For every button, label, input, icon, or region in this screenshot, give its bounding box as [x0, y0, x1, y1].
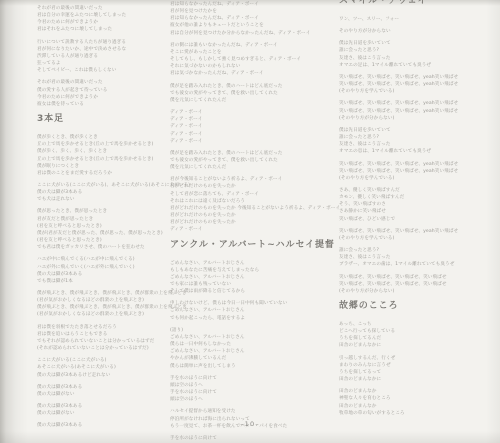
lyric-line: 僕が歩く、歩く、歩く、歩くとき — [37, 148, 179, 155]
lyric-line: (君が気がおかしくなるほどの群衆の上を飛ぶとき) — [37, 311, 179, 318]
lyric-line: ここに犬がいる(ここに犬がいる)、あそこに犬がいる(あそこに犬がいる) — [37, 182, 179, 189]
lyric-stanza: ディア・ボーイディア・ボーイディア・ボーイディア・ボーイディア・ボーイ — [170, 109, 338, 145]
lyric-line: そしてベイビー、これは僕らしくない — [37, 67, 179, 74]
lyric-stanza: 僕が思ったとき、僕が思ったとき君が友だと僕が思ったとき(君を友と呼べると思ったと… — [37, 208, 179, 251]
lyric-line: 君が今後知ることがないよう祈るよ、ディア・ボーイ — [170, 176, 338, 183]
lyric-line: 君は僕を羽根でたたき落とせるだろう — [37, 324, 179, 331]
lyric-line: でも犬は走れない — [37, 196, 179, 203]
lyric-line: (君を友と呼べると思ったとき) — [37, 237, 179, 244]
lyric-line: でも家には誰も残っていない — [170, 281, 338, 288]
lyric-stanza: 僕が足を踏み入れたとき、僕のハートはどん底だったでも彼女の愛がやってきて、僕を救… — [170, 83, 338, 104]
lyric-line: 友達さ、彼はこう言った — [339, 254, 499, 261]
lyric-stanza: 君が今後知ることがないよう祈るよ、ディア・ボーイ君がどれだけのものを失ったかそし… — [170, 176, 338, 233]
lyric-line: 君は僕を追いはらうこともできる — [37, 331, 179, 338]
lyric-line: でもそれが認められていないことは分かっているはずだ — [37, 338, 179, 345]
lyric-line: 君が友だと僕が思ったとき — [37, 216, 179, 223]
lyrics-column-middle: 君は知らなかったんだね、ディア・ボーイ君が何を見つけたかを君は知らなかったんだね… — [170, 1, 338, 443]
lyric-line: 僕の犬は脚が3本ある — [37, 384, 179, 391]
lyric-line: ディア・ボーイ — [170, 131, 338, 138]
lyric-line: (そのやり方を学んでいる) — [339, 88, 499, 95]
lyric-line: 僕らは一日中何もしなかった — [170, 341, 338, 348]
lyric-line: 彼女が他の誰よりもキュートだということを — [170, 22, 338, 29]
lyric-line: どこへ行っても探している — [339, 328, 499, 335]
lyric-line: 僕を元気にしてくれたんだ — [170, 97, 338, 104]
lyric-line: 神聖な人々を育むところ — [339, 395, 499, 402]
lyric-line: 笑い飛ばせ、笑い飛ばせ、笑い飛ばせ、yeah笑い飛ばせ — [339, 74, 499, 81]
lyric-stanza: 申しわけないけど、僕らは今日一日中何も聞いていないごめんなさい、アルバートおじさ… — [170, 300, 338, 321]
lyric-line: あそこに犬がいる(あそこに犬がいる) — [37, 364, 179, 371]
lyric-line: ディア・ボーイ — [170, 226, 338, 233]
lyric-line: それに気づかないのかもしれない — [170, 63, 338, 70]
lyric-stanza: それが君の最後の間違いだった僕の愛する人が起きて待っている今君のために何ができよ… — [37, 79, 179, 108]
lyric-line: ここに犬がいる(ここに犬がいる) — [37, 357, 179, 364]
lyric-line: ハエが外に飛んでいく(ハエが外に飛んでいく) — [37, 264, 179, 271]
lyric-line: 僕が飛ぶとき、僕が飛ぶとき、僕が飛ぶとき、僕が群衆の上を飛ぶとき — [37, 304, 179, 311]
lyric-stanza: 君の側には誰もいなかったんだね、ディア・ボーイそこに愛があったことをそしてもし、… — [170, 42, 338, 78]
lyric-line: 笑い飛ばせ、ひどい感じで — [339, 216, 499, 223]
lyric-stanza: 笑い飛ばせ、笑い飛ばせ、笑い飛ばせ、yeah笑い飛ばせ(そのやり方を学んでいる) — [339, 228, 499, 242]
lyric-line: 僕らは簡単に声を出してしまう — [170, 363, 338, 370]
lyric-line: 手を水のほうに向けて — [170, 389, 338, 396]
lyric-line: ごめんなさい、アルバートおじさん — [170, 307, 338, 314]
lyric-line: 手を水のほうに向けて — [170, 435, 338, 442]
lyric-stanza: 行いについて説教する人たちが通り過ぎる君が何になりたいか、途中で決めさせるな渋滞… — [37, 39, 179, 75]
lyric-line: 君は自分の幸運をふたつに壊してしまった — [37, 12, 179, 19]
lyric-line: (そのやり方を学んでいる) — [339, 175, 499, 182]
lyrics-column-right: スマイル・アウェイワン、ツー、スリー、フォーそのやり方が分からない僕は先日道を歩… — [339, 0, 499, 422]
lyric-line: 誰に会ったと思う? — [339, 247, 499, 254]
lyric-stanza: 君は知らなかったんだね、ディア・ボーイ君が何を見つけたかを君は知らなかったんだね… — [170, 1, 338, 37]
lyric-line: (語り) — [170, 327, 338, 334]
lyric-line: 君は自分が何を見つけたか分からなかったんだね、ディア・ボーイ — [170, 30, 338, 37]
lyric-stanza: 僕が足を踏み入れたとき、僕のハートはどん底だったでも彼女の愛がやってきて、僕を救… — [170, 150, 338, 171]
lyric-line: もしもあなたに苦痛を与えてしまったなら — [170, 267, 338, 274]
lyric-stanza: 僕は先日道を歩いていて誰に会ったと思う?友達さ、彼はこう言ったオマエの息は、1マ… — [339, 127, 499, 156]
lyric-line: でも君は僕をガッカリさせ、僕のハートを狂わせた — [37, 244, 179, 251]
lyric-stanza: 手を水のほうに向けて頭は空のほうへ手を水のほうに向けて頭は空のほうへ — [170, 375, 338, 404]
lyric-line: 僕が思ったとき、僕が思ったとき — [37, 208, 179, 215]
lyric-stanza: ワン、ツー、スリー、フォー — [339, 16, 499, 23]
lyric-line: それが君の最後の間違いだった — [37, 5, 179, 12]
lyric-line: ハエが中に飛んでくる(ハエが中に飛んでくる) — [37, 256, 179, 263]
lyric-line: (そのやり方が分からない) — [339, 115, 499, 122]
lyric-line: 笑い飛ばせ、笑い飛ばせ、笑い飛ばせ、yeah笑い飛ばせ — [339, 228, 499, 235]
lyric-line: 誰に会ったと思う? — [339, 47, 499, 54]
lyric-line: ごめんなさい、アルバートおじさん — [170, 274, 338, 281]
lyric-line: さあ静かに笑い飛ばせ — [339, 208, 499, 215]
lyric-stanza: 僕が歩くとき、僕が歩くとき丘の上で馬を歩かせるとき(丘の上で馬を歩かせるとき)僕… — [37, 134, 179, 177]
lyric-line: 丘の上で馬を歩かせるとき(丘の上で馬を歩かせるとき) — [37, 156, 179, 163]
lyric-line: そして君が恋に落ちても、ディア・ボーイ — [170, 191, 338, 198]
lyric-line: (そのやり方が分からない) — [339, 288, 499, 295]
song-title: アンクル・アルバート~ハルセイ提督 — [170, 240, 338, 251]
lyric-line: そして僕は雨が降ると信じてるから — [170, 288, 338, 295]
lyric-line: 田舎のどまんなか — [339, 403, 499, 410]
lyric-line: 僕の愛する人が起きて待っている — [37, 87, 179, 94]
lyric-line: 僕が足を踏み入れたとき、僕のハートはどん底だった — [170, 83, 338, 90]
lyric-line: 田舎のどまんなかに — [339, 342, 499, 349]
lyric-line: 僕が歩くとき、僕が歩くとき — [37, 134, 179, 141]
lyric-line: でも何か起こったら、電話をするよ — [170, 315, 338, 322]
lyric-line: 申しわけないけど、僕らは今日一日中何も聞いていない — [170, 300, 338, 307]
lyric-line: そう、笑い飛ばすのさ — [339, 201, 499, 208]
lyric-line: オマエの息は、1マイル離れていても臭うぜ — [339, 148, 499, 155]
lyric-stanza: 笑い飛ばせ、笑い飛ばせ、笑い飛ばせ、笑い飛ばせ笑い飛ばせ、笑い飛ばせ、笑い飛ばせ… — [339, 274, 499, 295]
lyric-line: 僕の犬は脚がない — [37, 410, 179, 417]
lyric-line: オマエの足は、1マイル離れていても臭うぜ — [339, 62, 499, 69]
lyric-line: 今君のために何ができようか — [37, 19, 179, 26]
lyric-line: 笑い飛ばせ、笑い飛ばせ、笑い飛ばせ、yeah笑い飛ばせ — [339, 100, 499, 107]
lyric-line: ディア・ボーイ — [170, 123, 338, 130]
lyric-line: カモン、優しく笑い飛ばすんだ — [339, 194, 499, 201]
lyrics-column-left: それが君の最後の間違いだった君は自分の幸運をふたつに壊してしまった今君のために何… — [37, 5, 179, 435]
lyric-line: 友達さ、彼はこう言った — [339, 141, 499, 148]
lyric-stanza: 僕の犬は脚が3本ある僕の犬は脚がない — [37, 403, 179, 417]
lyric-line: 君は知らなかったんだね、ディア・ボーイ — [170, 15, 338, 22]
lyric-line: 丘の上で馬を歩かせるとき(丘の上で馬を歩かせるとき) — [37, 141, 179, 148]
lyric-line: 笑い飛ばせ、笑い飛ばせ、笑い飛ばせ、yeah笑い飛ばせ — [339, 161, 499, 168]
lyric-line: それはこれには遠く及ばないだろう — [170, 198, 338, 205]
lyric-stanza: 笑い飛ばせ、笑い飛ばせ、笑い飛ばせ、yeah笑い飛ばせ笑い飛ばせ、笑い飛ばせ、笑… — [339, 161, 499, 182]
lyric-line: 君が何を見つけたかを — [170, 8, 338, 15]
lyric-line: ごめんなさい、アルバートおじさん — [170, 260, 338, 267]
lyric-line: ディア・ボーイ — [170, 138, 338, 145]
lyric-line: 笑い飛ばせ、笑い飛ばせ、笑い飛ばせ、笑い飛ばせ — [339, 281, 499, 288]
lyric-line: 笑い飛ばせ、笑い飛ばせ、笑い飛ばせ、笑い飛ばせ — [339, 274, 499, 281]
scanned-lyrics-page: それが君の最後の間違いだった君は自分の幸運をふたつに壊してしまった今君のために何… — [0, 0, 500, 443]
lyric-stanza: 田舎のどまんなか神聖な人々を育むところ田舎のどまんなか牧草地の草の匂いがするとこ… — [339, 388, 499, 417]
lyric-stanza: 僕が飛ぶとき、僕が飛ぶとき、僕が飛ぶとき、僕が群衆の上を飛ぶとき(君が気がおかし… — [37, 290, 179, 319]
lyric-stanza: そのやり方が分からない — [339, 28, 499, 35]
lyric-line: うちを探してるんだ — [339, 335, 499, 342]
lyric-line: うちを探してるって — [339, 369, 499, 376]
lyric-line: 僕の犬は脚が3本ある — [37, 403, 179, 410]
lyric-line: 僕は先日道を歩いていて — [339, 40, 499, 47]
lyric-line: 君がどれだけのものを失ったか — [170, 219, 338, 226]
lyric-line: ごめんなさい、アルバートおじさん — [170, 334, 338, 341]
lyric-stanza: ハエが中に飛んでくる(ハエが中に飛んでくる)ハエが外に飛んでいく(ハエが外に飛ん… — [37, 256, 179, 285]
lyric-line: ブラザー、オマエの歯は、1マイル離れていても臭うぜ — [339, 261, 499, 268]
lyric-line: 手を水のほうに向けて — [170, 375, 338, 382]
lyric-line: 君はそれをふたつに壊してしまった — [37, 26, 179, 33]
lyric-line: 僕の犬は脚が3本あるけど走れない — [37, 372, 179, 379]
lyric-stanza: ここに犬がいる(ここに犬がいる)あそこに犬がいる(あそこに犬がいる)僕の犬は脚が… — [37, 357, 179, 378]
lyric-stanza: 手を水のほうに向けて — [170, 435, 338, 442]
lyric-line: でも僕は脚が1本 — [37, 278, 179, 285]
lyric-stanza: ごめんなさい、アルバートおじさんもしもあなたに苦痛を与えてしまったならごめんなさ… — [170, 260, 338, 296]
lyric-stanza: 僕の犬は脚が3本ある僕の犬は脚がない — [37, 384, 179, 398]
lyric-line: 君は僕のことをまだ愛するだろうか — [37, 170, 179, 177]
lyric-line: 牧草地の草の匂いがするところ — [339, 410, 499, 417]
lyric-line: 君がどれだけのものを失ったか — [170, 212, 338, 219]
lyric-line: まわりのみんなに言うぜ — [339, 362, 499, 369]
lyric-line: 僕が眠りにつくとき — [37, 163, 179, 170]
lyric-line: 渋滞している人が通り過ぎる — [37, 53, 179, 60]
lyric-line: ディア・ボーイ — [170, 109, 338, 116]
page-number: –10– — [0, 420, 500, 428]
lyric-line: (それが認められていないことは分かっているはずだ) — [37, 345, 179, 352]
lyric-line: そしてもし、もしかして強く見つめすぎると、ディア・ボーイ — [170, 56, 338, 63]
lyric-line: そこに愛があったことを — [170, 49, 338, 56]
lyric-line: 君がどれだけのものを失ったか 今後知ることがないよう祈るよ、ディア・ボーイ — [170, 205, 338, 212]
lyric-line: そのやり方が分からない — [339, 28, 499, 35]
lyric-line: 僕を元気にしてくれたんだ — [170, 164, 338, 171]
lyric-line: それが君の最後の間違いだった — [37, 79, 179, 86]
lyric-line: 君は知らなかったんだね、ディア・ボーイ — [170, 1, 338, 8]
lyric-stanza: それが君の最後の間違いだった君は自分の幸運をふたつに壊してしまった今君のために何… — [37, 5, 179, 34]
lyric-stanza: 僕は先日道を歩いていて誰に会ったと思う?友達さ、彼はこう言ったオマエの足は、1マ… — [339, 40, 499, 69]
lyric-stanza: 笑い飛ばせ、笑い飛ばせ、笑い飛ばせ、yeah笑い飛ばせ笑い飛ばせ、笑い飛ばせ、笑… — [339, 100, 499, 121]
lyric-line: 君は気づかなかったんだね、ディア・ボーイ — [170, 70, 338, 77]
lyric-line: 笑い飛ばせ、笑い飛ばせ、笑い飛ばせ、yeah笑い飛ばせ — [339, 108, 499, 115]
lyric-line: 笑い飛ばせ、笑い飛ばせ、笑い飛ばせ、yeah笑い飛ばせ — [339, 81, 499, 88]
lyric-line: 君が何になりたいか、途中で決めさせるな — [37, 46, 179, 53]
lyric-line: 僕の犬は脚が3本ある — [37, 189, 179, 196]
lyric-line: 友達さ、彼はこう言った — [339, 55, 499, 62]
song-title: スマイル・アウェイ — [339, 0, 499, 7]
lyric-line: ディア・ボーイ — [170, 116, 338, 123]
lyric-line: でも彼女の愛がやってきて、僕を救い出してくれた — [170, 157, 338, 164]
lyric-line: 僕が足を踏み入れたとき、僕のハートはどん底だった — [170, 150, 338, 157]
lyric-line: (そのやり方を学んでいる) — [339, 235, 499, 242]
lyric-stanza: 引っ越しするんだ、行くぜまわりのみんなに言うぜうちを探してるって田舎のどまんなか… — [339, 355, 499, 384]
lyric-line: 君の側には誰もいなかったんだね、ディア・ボーイ — [170, 42, 338, 49]
lyric-stanza: 君は僕を羽根でたたき落とせるだろう君は僕を追いはらうこともできるでもそれが認めら… — [37, 324, 179, 353]
lyric-line: ハルセイ提督から通知を受けた — [170, 408, 338, 415]
lyric-line: でも彼女の愛がやってきて、僕を救い出してくれた — [170, 90, 338, 97]
lyric-line: 頭は空のほうへ — [170, 382, 338, 389]
lyric-stanza: さあ、優しく笑い飛ばすんだカモン、優しく笑い飛ばすんだそう、笑い飛ばすのささあ静… — [339, 187, 499, 223]
lyric-stanza: ここに犬がいる(ここに犬がいる)、あそこに犬がいる(あそこに犬がいる)僕の犬は脚… — [37, 182, 179, 203]
lyric-stanza: (語り)ごめんなさい、アルバートおじさん僕らは一日中何もしなかったごめんなさい、… — [170, 327, 338, 370]
lyric-line: 行いについて説教する人たちが通り過ぎる — [37, 39, 179, 46]
lyric-line: 僕の犬は脚が3本ある — [37, 271, 179, 278]
lyric-line: 田舎のどまんなか — [339, 388, 499, 395]
lyric-line: 狂ってるよ — [37, 60, 179, 67]
lyric-line: さあ、優しく笑い飛ばすんだ — [339, 187, 499, 194]
lyric-stanza: 誰に会ったと思う?友達さ、彼はこう言ったブラザー、オマエの歯は、1マイル離れてい… — [339, 247, 499, 268]
lyric-line: (君を友と呼べると思ったとき) — [37, 223, 179, 230]
lyric-line: (君が気がおかしくなるほどの群衆の上を飛ぶとき) — [37, 297, 179, 304]
lyric-line: 誰に会ったと思う? — [339, 134, 499, 141]
lyric-line: あっち、こっち — [339, 321, 499, 328]
lyric-line: 頭は空のほうへ — [170, 396, 338, 403]
lyric-line: ごめんなさい、アルバートおじさん — [170, 348, 338, 355]
song-title: 故郷のこころ — [339, 301, 499, 312]
lyric-line: ワン、ツー、スリー、フォー — [339, 16, 499, 23]
lyric-line: 彼女は僕を待っている — [37, 101, 179, 108]
lyric-line: 僕が飛ぶとき、僕が飛ぶとき、僕が飛ぶとき、僕が群衆の上を飛ぶとき — [37, 290, 179, 297]
lyric-line: 引っ越しするんだ、行くぜ — [339, 355, 499, 362]
lyric-line: 君がどれだけのものを失ったか — [170, 183, 338, 190]
lyric-line: 僕が(君が友だと僕が思った、僕が思った、僕が思ったとき) — [37, 230, 179, 237]
lyric-stanza: 笑い飛ばせ、笑い飛ばせ、笑い飛ばせ、yeah笑い飛ばせ笑い飛ばせ、笑い飛ばせ、笑… — [339, 74, 499, 95]
lyric-line: 笑い飛ばせ、笑い飛ばせ、笑い飛ばせ、yeah笑い飛ばせ — [339, 168, 499, 175]
lyric-stanza: あっち、こっちどこへ行っても探しているうちを探してるんだ田舎のどまんなかに — [339, 321, 499, 350]
lyric-line: やかんが沸騰しているんだ — [170, 355, 338, 362]
lyric-line: 田舎のどまんなかに — [339, 376, 499, 383]
song-title: 3本足 — [37, 114, 179, 125]
lyric-line: 今君のために何ができようか — [37, 94, 179, 101]
lyric-line: 僕は先日道を歩いていて — [339, 127, 499, 134]
lyric-line: 僕の犬は脚がない — [37, 391, 179, 398]
